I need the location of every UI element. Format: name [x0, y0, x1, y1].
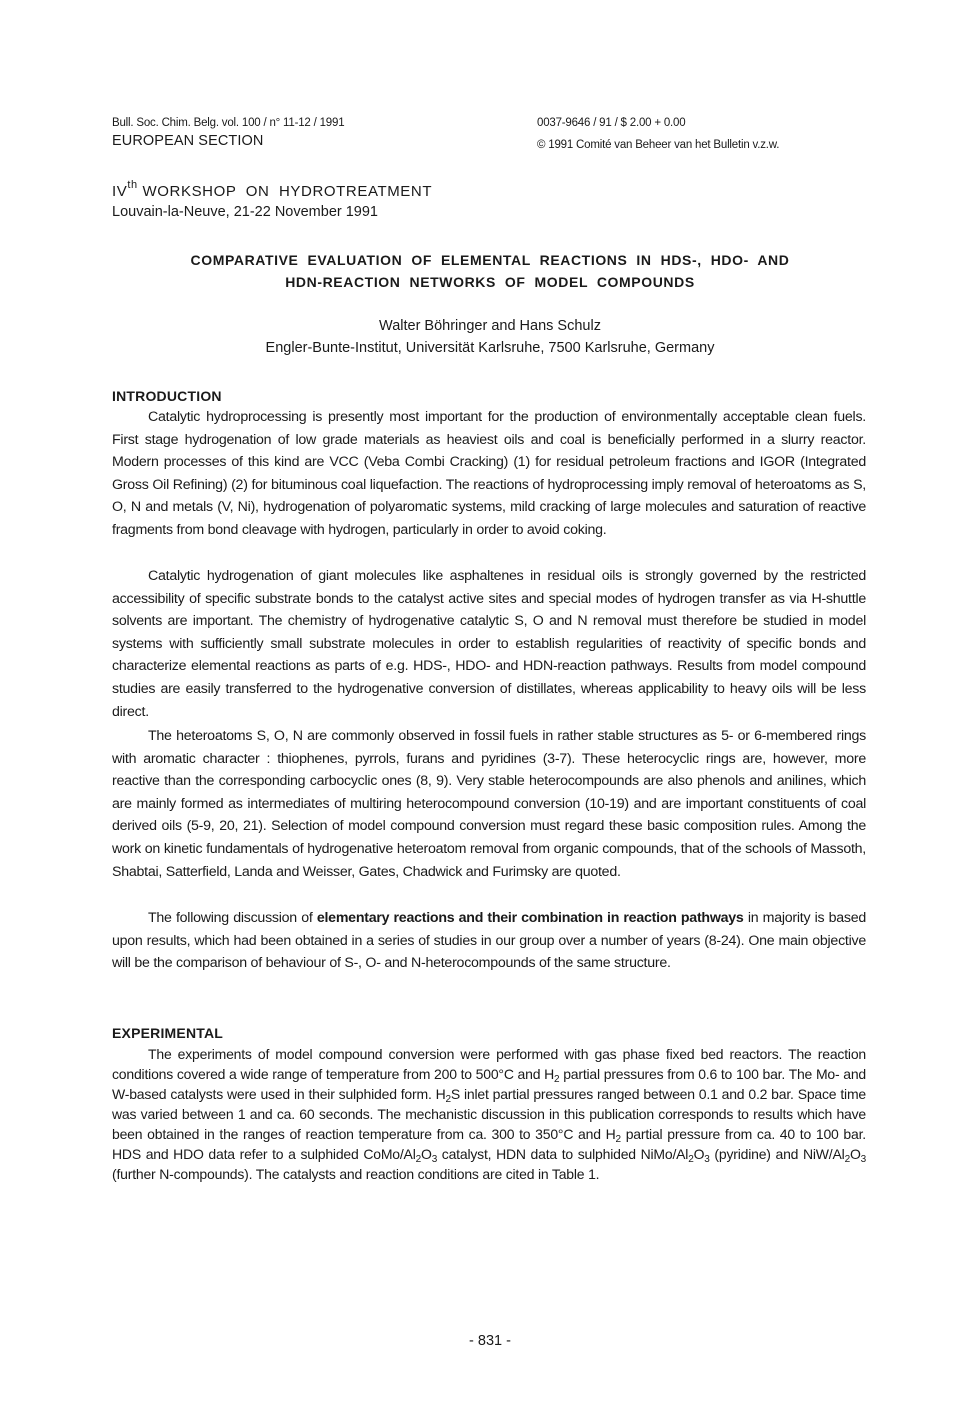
journal-reference: Bull. Soc. Chim. Belg. vol. 100 / n° 11-…	[112, 117, 344, 129]
author-affiliation: Engler-Bunte-Institut, Universität Karls…	[100, 340, 880, 356]
intro-paragraph-3: The heteroatoms S, O, N are commonly obs…	[112, 725, 866, 883]
issn-price: 0037-9646 / 91 / $ 2.00 + 0.00	[537, 117, 685, 129]
exp-text: O	[850, 1146, 861, 1162]
exp-text: O	[694, 1146, 705, 1162]
experimental-paragraph: The experiments of model compound conver…	[112, 1044, 866, 1184]
page-number: - 831 -	[420, 1333, 560, 1349]
workshop-ordinal: IV	[112, 183, 127, 200]
journal-section: EUROPEAN SECTION	[112, 133, 263, 149]
author-names: Walter Böhringer and Hans Schulz	[100, 318, 880, 334]
copyright-notice: © 1991 Comité van Beheer van het Bulleti…	[537, 139, 779, 151]
intro-paragraph-4: The following discussion of elementary r…	[112, 907, 866, 975]
paper-title-line-2: HDN-REACTION NETWORKS OF MODEL COMPOUNDS	[100, 271, 880, 293]
intro-paragraph-1-text: Catalytic hydroprocessing is presently m…	[112, 409, 866, 538]
paper-title-line-1: COMPARATIVE EVALUATION OF ELEMENTAL REAC…	[100, 249, 880, 271]
workshop-location: Louvain-la-Neuve, 21-22 November 1991	[112, 204, 378, 220]
section-heading-introduction: INTRODUCTION	[112, 388, 222, 404]
subscript: 3	[861, 1154, 866, 1165]
workshop-title: IVth WORKSHOP ON HYDROTREATMENT	[112, 181, 432, 200]
intro-paragraph-3-text: The heteroatoms S, O, N are commonly obs…	[112, 728, 866, 880]
intro-paragraph-1: Catalytic hydroprocessing is presently m…	[112, 406, 866, 542]
section-heading-experimental: EXPERIMENTAL	[112, 1025, 223, 1041]
workshop-ordinal-suffix: th	[127, 179, 137, 191]
paper-title: COMPARATIVE EVALUATION OF ELEMENTAL REAC…	[100, 249, 880, 293]
intro-paragraph-2-text: Catalytic hydrogenation of giant molecul…	[112, 568, 866, 720]
workshop-name: WORKSHOP ON HYDROTREATMENT	[138, 183, 432, 200]
exp-text: (pyridine) and NiW/Al	[710, 1146, 845, 1162]
exp-text: (further N-compounds). The catalysts and…	[112, 1166, 599, 1182]
intro-paragraph-2: Catalytic hydrogenation of giant molecul…	[112, 565, 866, 723]
intro-paragraph-4-lead: The following discussion of	[148, 910, 317, 926]
intro-paragraph-4-emphasis: elementary reactions and their combinati…	[317, 910, 744, 926]
exp-text: catalyst, HDN data to sulphided NiMo/Al	[437, 1146, 688, 1162]
exp-text: O	[421, 1146, 432, 1162]
